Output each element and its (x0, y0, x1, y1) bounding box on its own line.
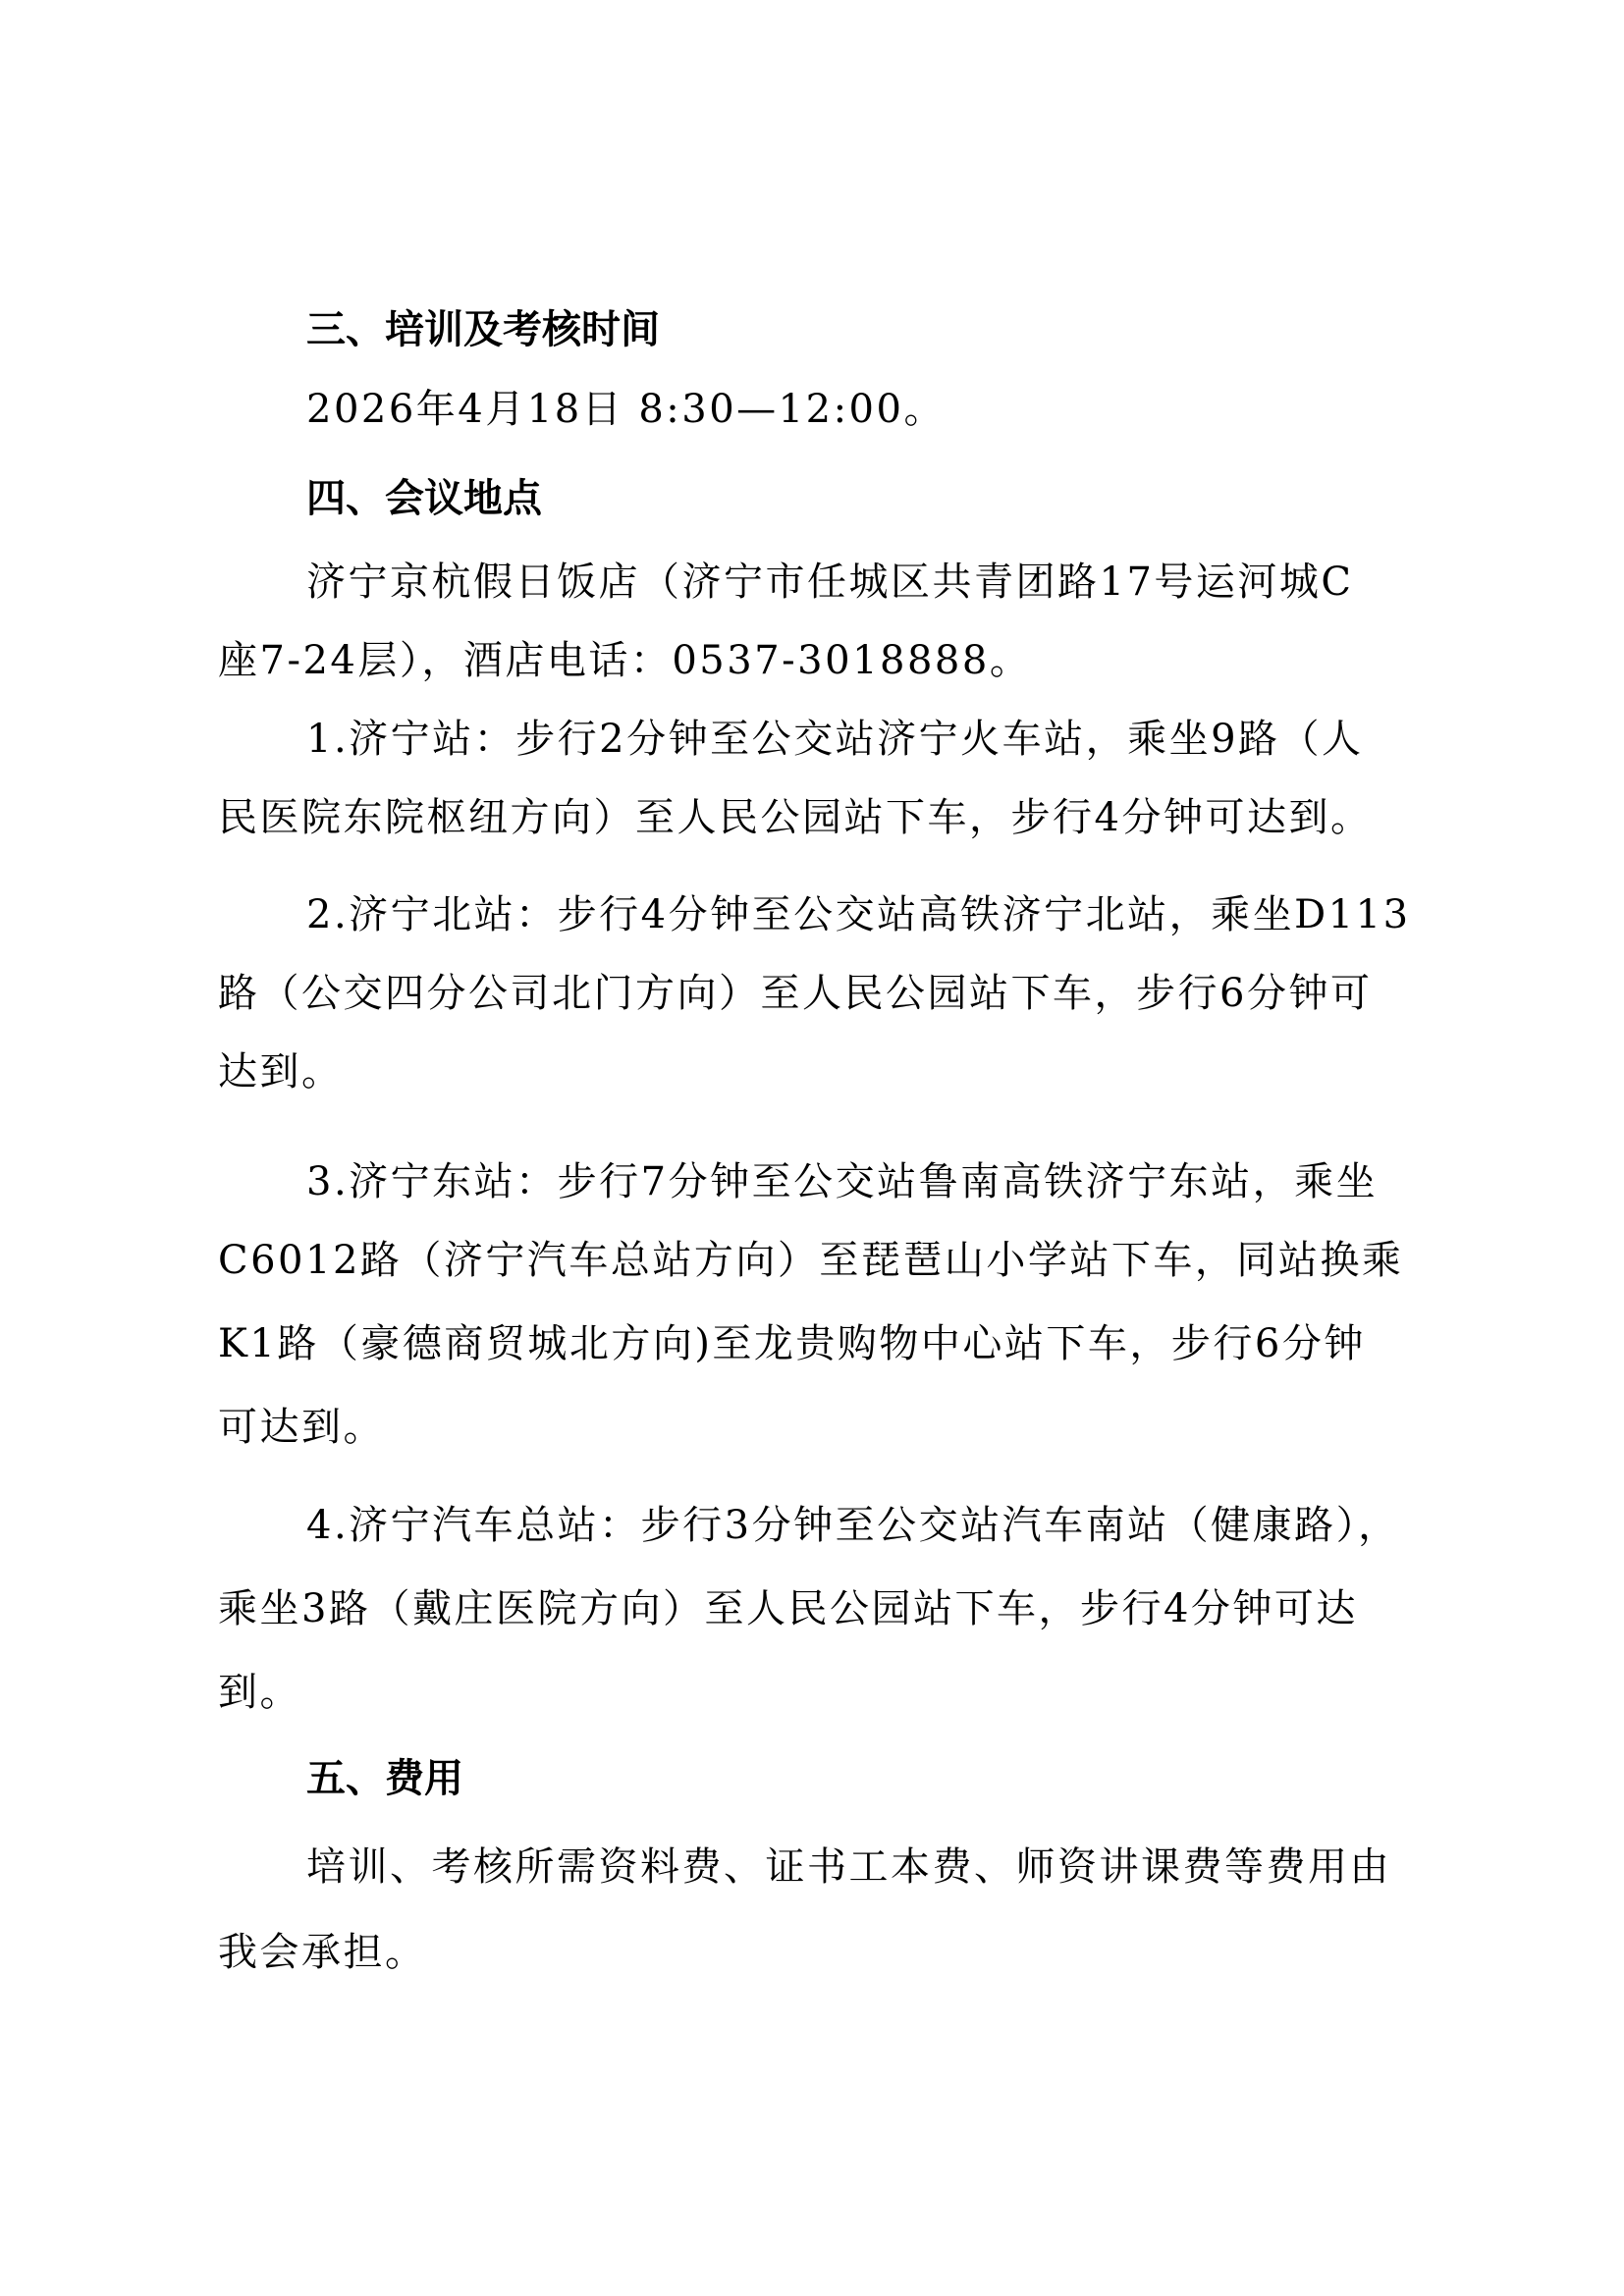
route-bus-terminal-line-2: 乘坐3路（戴庄医院方向）至人民公园站下车，步行4分钟可达 (218, 1585, 1358, 1632)
section-heading-venue: 四、会议地点 (306, 475, 542, 522)
training-time-text: 2026年4月18日 8:30—12:00。 (306, 386, 946, 433)
route-jining-north-line-1: 2.济宁北站：步行4分钟至公交站高铁济宁北站，乘坐D113 (306, 891, 1411, 938)
route-bus-terminal-line-3: 到。 (218, 1669, 301, 1716)
fees-text-line-2: 我会承担。 (218, 1929, 427, 1976)
section-heading-fees: 五、费用 (306, 1755, 463, 1802)
route-jining-east-line-2: C6012路（济宁汽车总站方向）至琵琶山小学站下车，同站换乘 (218, 1237, 1403, 1284)
route-jining-east-line-3: K1路（豪德商贸城北方向)至龙贵购物中心站下车，步行6分钟 (218, 1320, 1366, 1367)
route-jining-north-line-2: 路（公交四分公司北门方向）至人民公园站下车，步行6分钟可 (218, 970, 1372, 1017)
document-page: 三、培训及考核时间 2026年4月18日 8:30—12:00。 四、会议地点 … (0, 0, 1624, 2296)
venue-address-line-2: 座7-24层），酒店电话：0537-3018888。 (218, 637, 1031, 684)
section-heading-training-time: 三、培训及考核时间 (306, 306, 660, 353)
route-bus-terminal-line-1: 4.济宁汽车总站：步行3分钟至公交站汽车南站（健康路）， (306, 1502, 1400, 1549)
route-jining-station-line-2: 民医院东院枢纽方向）至人民公园站下车，步行4分钟可达到。 (218, 794, 1372, 841)
route-jining-station-line-1: 1.济宁站：步行2分钟至公交站济宁火车站，乘坐9路（人 (306, 716, 1364, 763)
route-jining-north-line-3: 达到。 (218, 1048, 344, 1095)
route-jining-east-line-1: 3.济宁东站：步行7分钟至公交站鲁南高铁济宁东站，乘坐 (306, 1158, 1378, 1205)
venue-address-line-1: 济宁京杭假日饭店（济宁市任城区共青团路17号运河城C (306, 559, 1426, 606)
route-jining-east-line-4: 可达到。 (218, 1404, 385, 1451)
fees-text-line-1: 培训、考核所需资料费、证书工本费、师资讲课费等费用由 (306, 1843, 1391, 1891)
